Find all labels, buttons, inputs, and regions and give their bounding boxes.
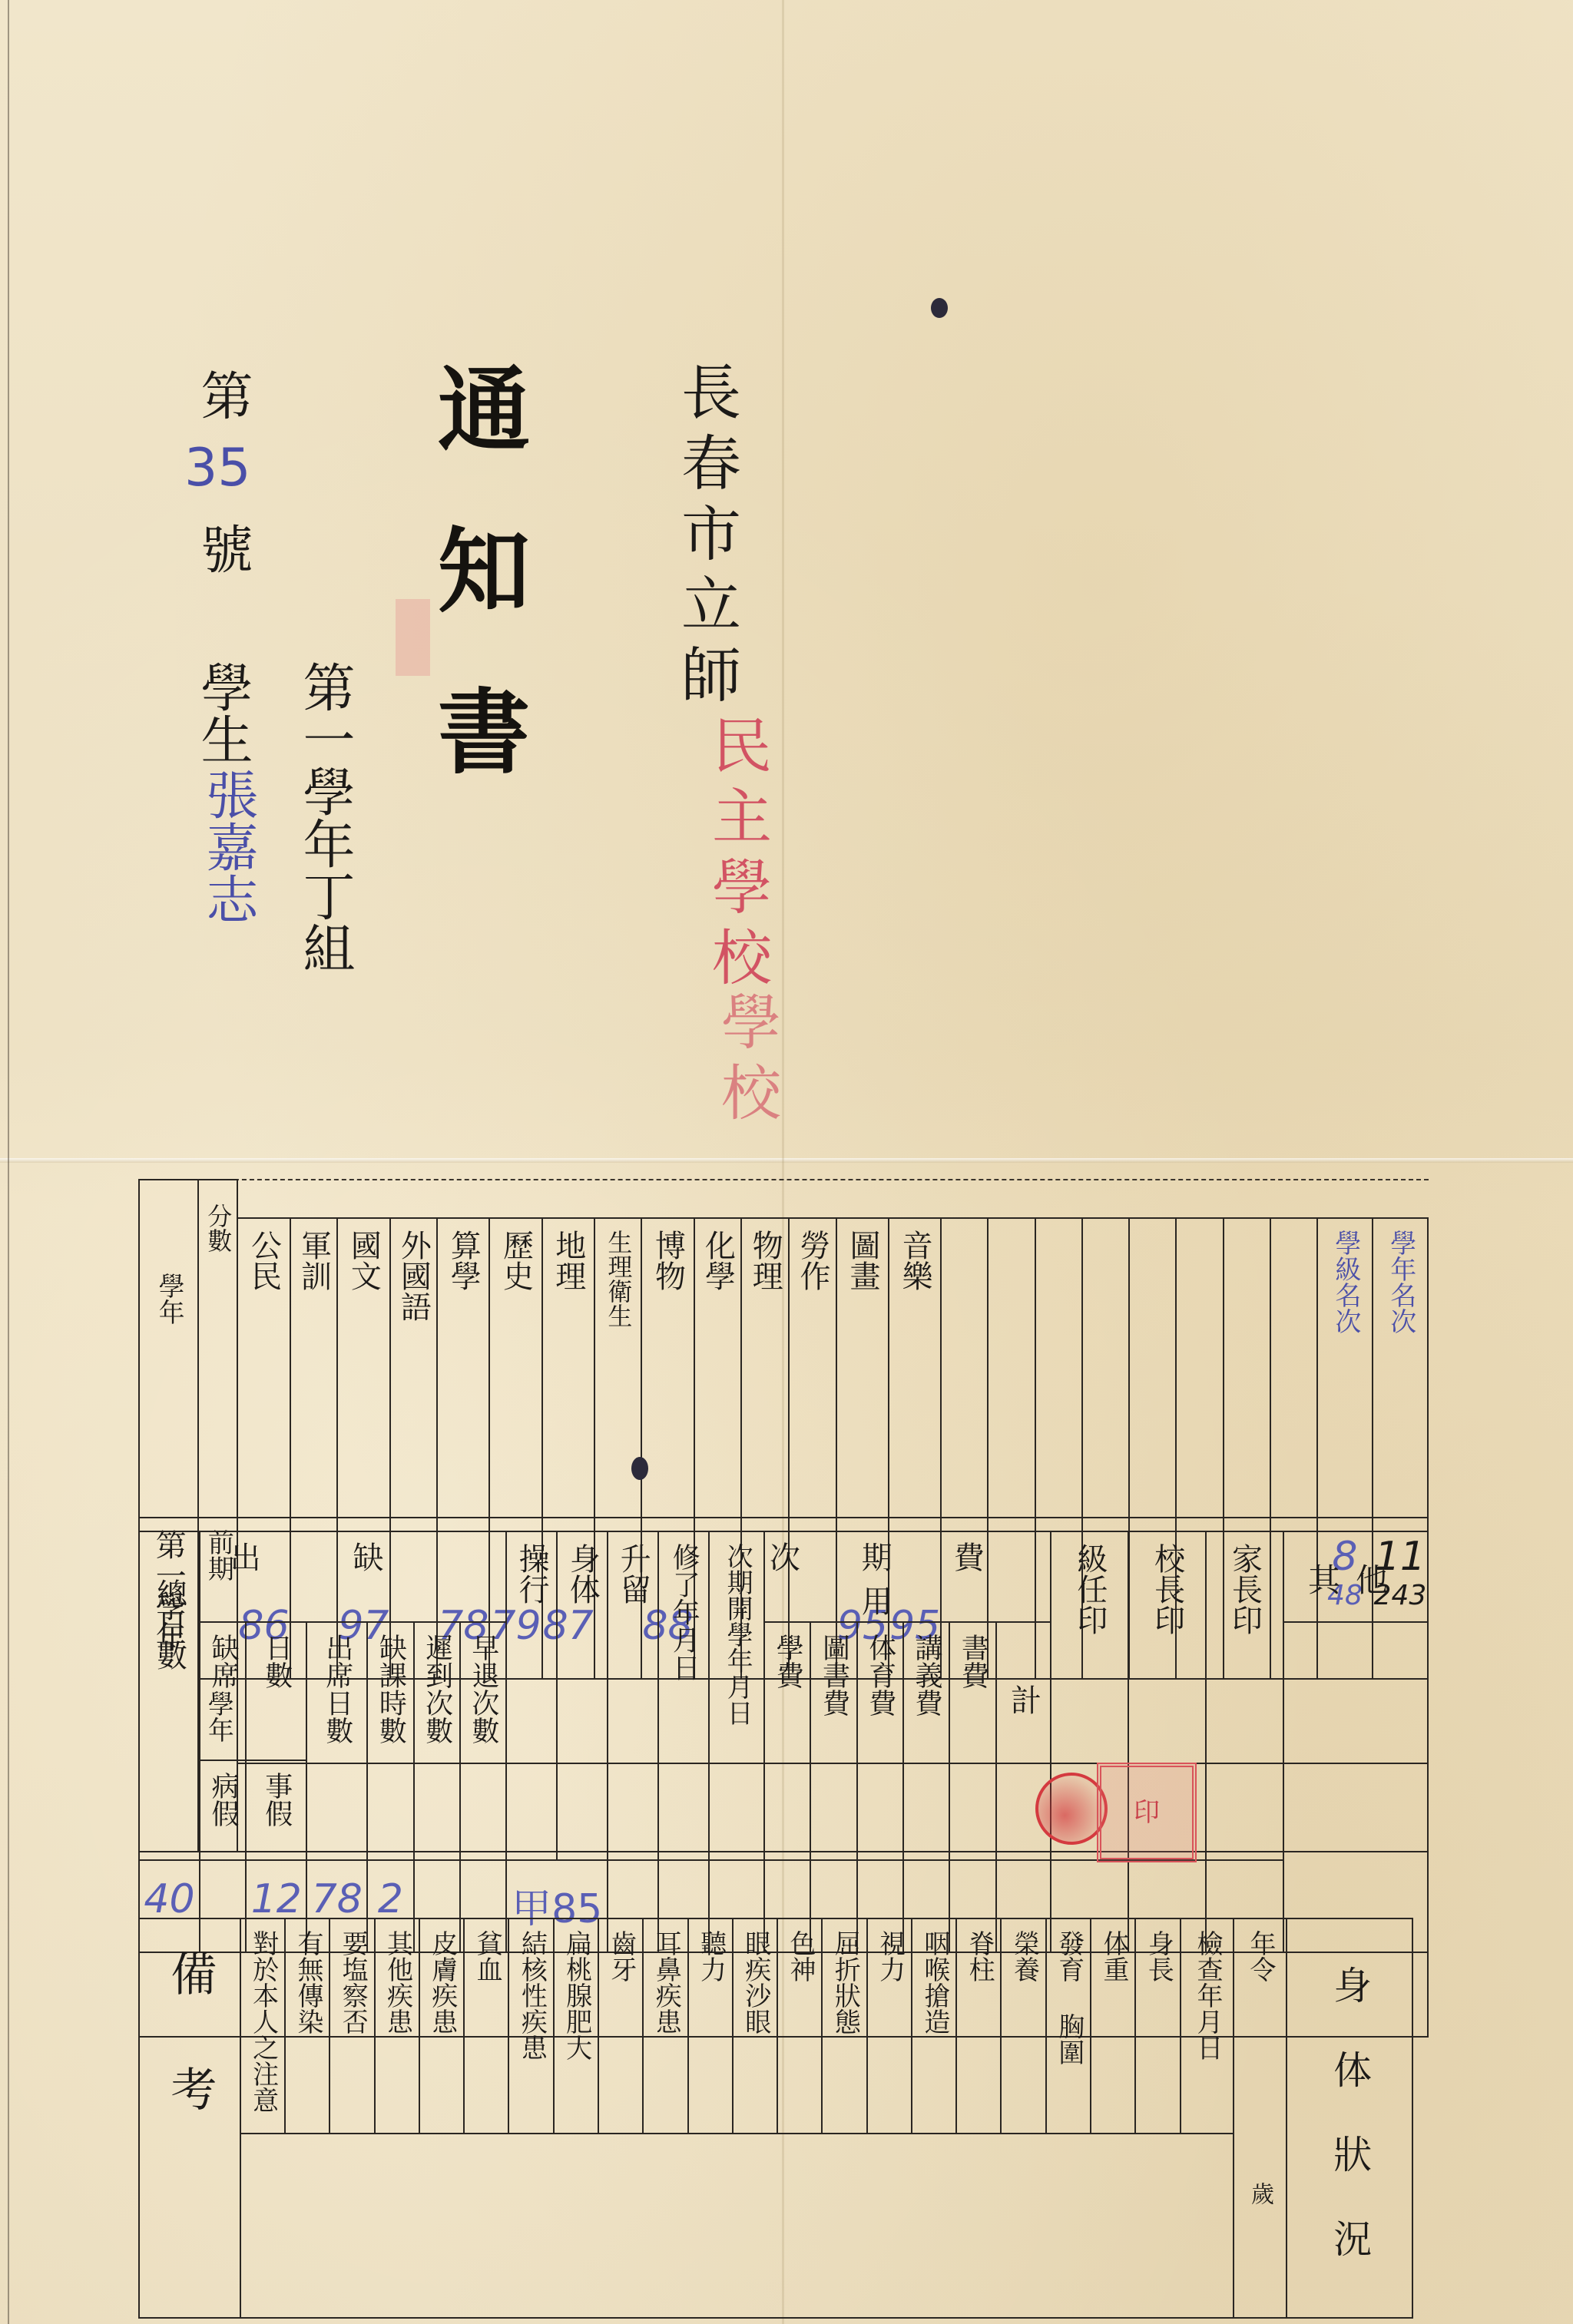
paper-left-edge — [8, 0, 9, 2324]
subject-header: 博物 — [641, 1218, 694, 1518]
document-title: 通知書 — [430, 361, 522, 845]
student-name: 張嘉志 — [201, 768, 253, 925]
serial-number: 35 — [184, 438, 251, 498]
remarks-header: 備考 — [139, 1918, 240, 2318]
serial-label-top: 第 — [196, 369, 248, 421]
school-stamp-red: 學校 — [716, 991, 776, 1132]
ink-stain — [931, 298, 948, 318]
subject-header: 軍訓 — [290, 1218, 338, 1518]
serial-label-bottom: 號 — [196, 522, 248, 574]
health-table: 備考 對於本人之注意 有無傳染 要塩察否 其他疾患 皮膚疾患 貧血 結核性疾患 … — [138, 1918, 1413, 2319]
ink-stain — [631, 1457, 648, 1480]
subject-header: 地理 — [542, 1218, 594, 1518]
subject-header: 國文 — [337, 1218, 389, 1518]
other-header: 其他 — [1283, 1531, 1428, 1622]
class-rank-cell: 學級名次 — [1317, 1218, 1373, 1518]
student-label: 學生 — [196, 660, 248, 765]
corner-header: 學年 — [139, 1180, 198, 1518]
attendance-group-header: 出缺 — [200, 1531, 506, 1622]
fees-group-header: 次期費用 — [764, 1531, 1051, 1622]
subject-header: 音樂 — [889, 1218, 941, 1518]
principal-seal: 印 — [1097, 1763, 1197, 1862]
subject-header: 化學 — [694, 1218, 742, 1518]
age-cell: 年令 歲 — [1234, 1918, 1287, 2318]
subject-header: 圖畫 — [836, 1218, 889, 1518]
paper-fold-horizontal — [0, 1158, 1573, 1163]
grade-class-label: 第一學年丁組 — [298, 660, 350, 974]
total-days-header: 總日數 — [139, 1531, 200, 1860]
other-content — [1283, 1622, 1428, 1952]
subject-header: 公民 — [237, 1218, 290, 1518]
school-name-prefix: 長春市立師 — [676, 361, 736, 714]
school-stamp-overlay: 民主學校 — [707, 714, 767, 997]
subject-header: 算學 — [437, 1218, 489, 1518]
subject-header: 外國語 — [390, 1218, 438, 1518]
subject-header: 歷史 — [489, 1218, 541, 1518]
faint-red-mark — [396, 599, 430, 676]
physical-condition-header: 身体狀況 — [1287, 1918, 1412, 2318]
year-rank-cell: 學年名次 — [1373, 1218, 1428, 1518]
parent-seal-header: 家長印 — [1206, 1531, 1283, 1860]
subject-header: 勞作 — [789, 1218, 836, 1518]
corner-header-2: 分數 — [198, 1180, 238, 1518]
subject-header: 物理 — [741, 1218, 789, 1518]
